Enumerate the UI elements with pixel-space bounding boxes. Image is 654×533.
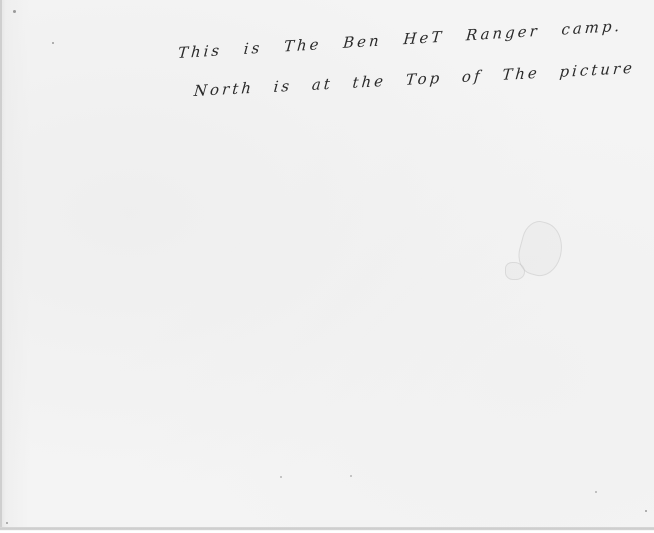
paper-speck <box>280 476 282 478</box>
paper-speck <box>595 491 597 493</box>
paper-speck <box>13 10 16 13</box>
left-edge-border <box>0 0 2 533</box>
handwritten-note-line-1: This is The Ben HeT Ranger camp. <box>177 17 623 62</box>
photo-back-paper: This is The Ben HeT Ranger camp. North i… <box>0 0 654 533</box>
paper-speck <box>52 42 54 44</box>
paper-stain <box>505 262 525 280</box>
paper-speck <box>350 475 352 477</box>
paper-speck <box>645 510 647 512</box>
paper-speck <box>6 522 8 524</box>
handwritten-note-line-2: North is at the Top of The picture <box>193 59 636 100</box>
bottom-edge-border <box>0 527 654 533</box>
